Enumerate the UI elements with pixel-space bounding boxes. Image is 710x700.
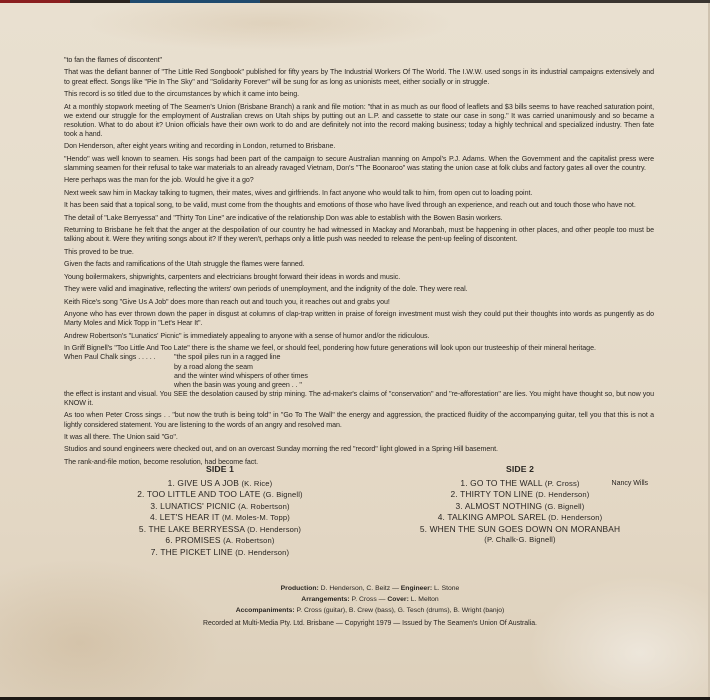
liner-paragraph: the effect is instant and visual. You SE… <box>64 390 654 408</box>
accompaniments-value: P. Cross (guitar), B. Crew (bass), G. Te… <box>297 607 505 614</box>
liner-paragraph: Here perhaps was the man for the job. Wo… <box>64 176 654 185</box>
track-composer: (D. Henderson) <box>548 513 602 522</box>
track-composer: (K. Rice) <box>241 479 272 488</box>
track-item: 4. TALKING AMPOL SAREL (D. Henderson) <box>380 512 660 524</box>
track-title: 4. LET'S HEAR IT <box>150 512 219 522</box>
liner-paragraph: In Griff Bignell's "Too Little And Too L… <box>64 344 654 353</box>
verse-line: and the winter wind whispers of other ti… <box>64 372 654 381</box>
separator: — <box>390 585 401 592</box>
track-title: 5. WHEN THE SUN GOES DOWN ON MORANBAH <box>420 524 620 534</box>
track-composer: (G. Bignell) <box>263 490 303 499</box>
credits-line-arrangements: Arrangements: P. Cross — Cover: L. Melto… <box>120 595 620 606</box>
verse-line: by a road along the seam <box>64 363 654 372</box>
liner-paragraph: Given the facts and ramifications of the… <box>64 260 654 269</box>
track-item: 1. GO TO THE WALL (P. Cross) <box>380 478 660 490</box>
liner-paragraph: It was all there. The Union said "Go". <box>64 433 654 442</box>
arrangements-value: P. Cross <box>352 596 377 603</box>
cover-label: Cover: <box>387 596 409 603</box>
track-title: 3. LUNATICS' PICNIC <box>150 501 235 511</box>
production-value: D. Henderson, C. Beitz <box>321 585 391 592</box>
cover-value: L. Melton <box>411 596 439 603</box>
track-composer: (P. Cross) <box>545 479 580 488</box>
side-1-title: SIDE 1 <box>90 464 350 475</box>
side-2-tracks: 1. GO TO THE WALL (P. Cross)2. THIRTY TO… <box>380 478 660 546</box>
liner-notes-paragraphs-continued: the effect is instant and visual. You SE… <box>64 390 654 467</box>
side-1-tracklist: SIDE 1 1. GIVE US A JOB (K. Rice)2. TOO … <box>90 464 350 558</box>
verse-line: when the basin was young and green . . " <box>64 381 654 390</box>
track-item: 2. TOO LITTLE AND TOO LATE (G. Bignell) <box>90 489 350 501</box>
track-composer: (D. Henderson) <box>235 548 289 557</box>
arrangements-label: Arrangements: <box>301 596 349 603</box>
track-composer: (M. Moles-M. Topp) <box>222 513 290 522</box>
track-item: 1. GIVE US A JOB (K. Rice) <box>90 478 350 490</box>
recording-copyright: Recorded at Multi-Media Pty. Ltd. Brisba… <box>100 620 640 627</box>
liner-paragraph: As too when Peter Cross sings . . "but n… <box>64 411 654 429</box>
track-title: 1. GO TO THE WALL <box>460 478 542 488</box>
verse-line: "the spoil piles run in a ragged line <box>174 353 280 361</box>
track-composer: (A. Robertson) <box>223 536 274 545</box>
track-item: 7. THE PICKET LINE (D. Henderson) <box>90 547 350 559</box>
track-composer: (D. Henderson) <box>535 490 589 499</box>
production-credits: Production: D. Henderson, C. Beitz — Eng… <box>120 584 620 616</box>
engineer-label: Engineer: <box>401 585 432 592</box>
liner-paragraph: Anyone who has ever thrown down the pape… <box>64 310 654 328</box>
liner-paragraph: It has been said that a topical song, to… <box>64 201 654 210</box>
liner-paragraph: "Hendo" was well known to seamen. His so… <box>64 155 654 173</box>
liner-paragraph: "to fan the flames of discontent" <box>64 56 654 65</box>
track-title: 5. THE LAKE BERRYESSA <box>139 524 245 534</box>
side-1-tracks: 1. GIVE US A JOB (K. Rice)2. TOO LITTLE … <box>90 478 350 559</box>
track-title: 6. PROMISES <box>165 535 220 545</box>
album-back-cover: "to fan the flames of discontent"That wa… <box>0 3 710 697</box>
track-item: 5. WHEN THE SUN GOES DOWN ON MORANBAH(P.… <box>380 524 660 546</box>
track-title: 4. TALKING AMPOL SAREL <box>438 512 546 522</box>
credits-line-accompaniments: Accompaniments: P. Cross (guitar), B. Cr… <box>120 606 620 617</box>
engineer-value: L. Stone <box>434 585 459 592</box>
side-2-title: SIDE 2 <box>380 464 660 475</box>
track-composer: (D. Henderson) <box>247 525 301 534</box>
track-composer: (A. Robertson) <box>238 502 289 511</box>
liner-paragraph: At a monthly stopwork meeting of The Sea… <box>64 103 654 139</box>
track-item: 6. PROMISES (A. Robertson) <box>90 535 350 547</box>
separator: — <box>377 596 388 603</box>
liner-paragraph: Next week saw him in Mackay talking to t… <box>64 189 654 198</box>
track-title: 7. THE PICKET LINE <box>151 547 233 557</box>
liner-notes-paragraphs: "to fan the flames of discontent"That wa… <box>64 56 654 353</box>
verse-lead: When Paul Chalk sings . . . . . <box>64 353 174 362</box>
production-label: Production: <box>281 585 319 592</box>
track-title: 2. TOO LITTLE AND TOO LATE <box>137 489 260 499</box>
liner-paragraph: Returning to Brisbane he felt that the a… <box>64 226 654 244</box>
liner-paragraph: Don Henderson, after eight years writing… <box>64 142 654 151</box>
track-title: 3. ALMOST NOTHING <box>456 501 543 511</box>
liner-paragraph: This proved to be true. <box>64 248 654 257</box>
liner-paragraph: Andrew Robertson's "Lunatics' Picnic" is… <box>64 332 654 341</box>
verse-quote: When Paul Chalk sings . . . . ."the spoi… <box>64 353 654 389</box>
liner-paragraph: The detail of "Lake Berryessa" and "Thir… <box>64 214 654 223</box>
track-title: 1. GIVE US A JOB <box>168 478 239 488</box>
credits-line-production: Production: D. Henderson, C. Beitz — Eng… <box>120 584 620 595</box>
track-item: 2. THIRTY TON LINE (D. Henderson) <box>380 489 660 501</box>
track-composer: (G. Bignell) <box>545 502 585 511</box>
liner-notes: "to fan the flames of discontent"That wa… <box>64 56 654 488</box>
liner-paragraph: This record is so titled due to the circ… <box>64 90 654 99</box>
liner-paragraph: They were valid and imaginative, reflect… <box>64 285 654 294</box>
liner-paragraph: Studios and sound engineers were checked… <box>64 445 654 454</box>
accompaniments-label: Accompaniments: <box>236 607 295 614</box>
track-item: 3. LUNATICS' PICNIC (A. Robertson) <box>90 501 350 513</box>
liner-paragraph: Young boilermakers, shipwrights, carpent… <box>64 273 654 282</box>
liner-paragraph: That was the defiant banner of "The Litt… <box>64 68 654 86</box>
track-item: 3. ALMOST NOTHING (G. Bignell) <box>380 501 660 513</box>
track-item: 4. LET'S HEAR IT (M. Moles-M. Topp) <box>90 512 350 524</box>
track-composer: (P. Chalk-G. Bignell) <box>484 535 555 544</box>
track-item: 5. THE LAKE BERRYESSA (D. Henderson) <box>90 524 350 536</box>
liner-paragraph: Keith Rice's song "Give Us A Job" does m… <box>64 298 654 307</box>
side-2-tracklist: SIDE 2 1. GO TO THE WALL (P. Cross)2. TH… <box>380 464 660 546</box>
track-title: 2. THIRTY TON LINE <box>451 489 533 499</box>
